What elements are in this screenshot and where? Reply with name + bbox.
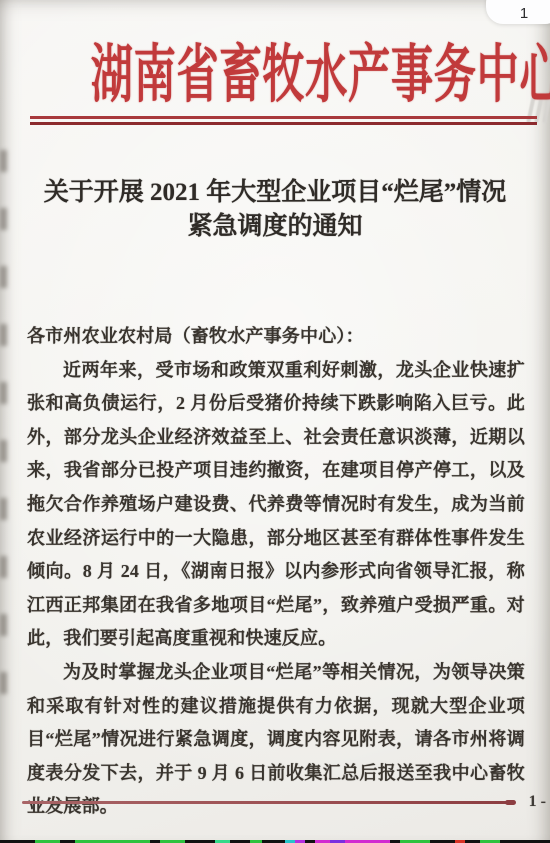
document-photo: 1 湖南省畜牧水产事务中心 关于开展 2021 年大型企业项目“烂尾”情况 紧急…	[0, 0, 550, 843]
page-count-label: 1	[520, 6, 528, 21]
paragraph: 为及时掌握龙头企业项目“烂尾”等相关情况，为领导决策和采取有针对性的建议措施提供…	[27, 656, 525, 824]
letterhead-divider	[30, 116, 537, 125]
letterhead-title: 湖南省畜牧水产事务中心	[91, 24, 460, 115]
photo-edge-smudge	[0, 150, 7, 710]
page-number: 1 -	[529, 793, 546, 811]
document-title: 关于开展 2021 年大型企业项目“烂尾”情况 紧急调度的通知	[10, 176, 540, 244]
document-title-line2: 紧急调度的通知	[10, 210, 540, 244]
document-body: 各市州农业农村局（畜牧水产事务中心）： 近两年来，受市场和政策双重利好刺激，龙头…	[27, 320, 525, 824]
salutation: 各市州农业农村局（畜牧水产事务中心）：	[27, 320, 525, 354]
footer-divider	[22, 801, 514, 804]
paragraph: 近两年来，受市场和政策双重利好刺激，龙头企业快速扩张和高负债运行，2 月份后受猪…	[27, 354, 525, 656]
document-title-line1: 关于开展 2021 年大型企业项目“烂尾”情况	[10, 176, 540, 210]
viewer-page-count-badge: 1	[486, 0, 550, 24]
